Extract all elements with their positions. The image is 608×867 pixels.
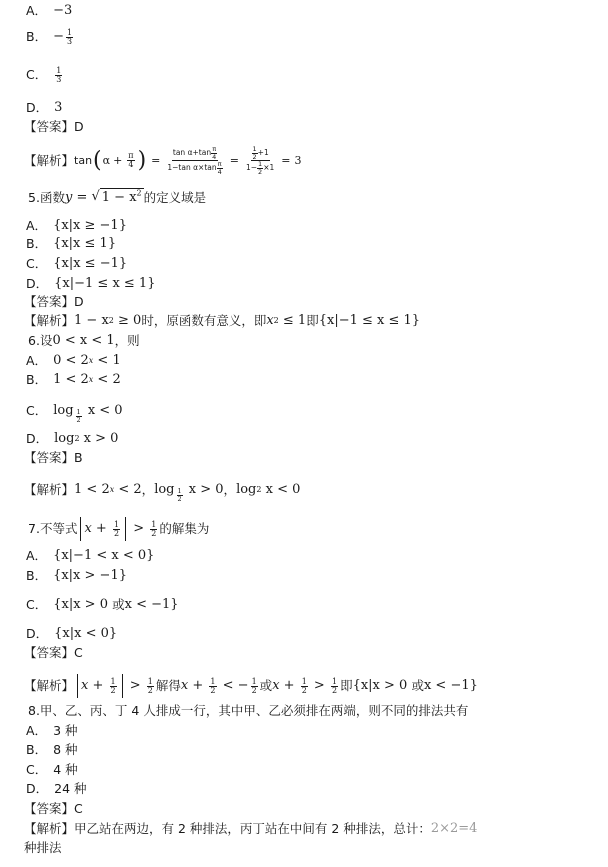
answer-tag: 【答案】 [24, 118, 74, 136]
q6-analysis: 【解析】 1 < 2x < 2 ， log12 x > 0 ， log2 x <… [24, 478, 300, 502]
q7-option-d: D． {x|x < 0} [26, 625, 117, 643]
q5-option-a: A． {x|x ≥ −1} [26, 217, 127, 235]
q7-answer: 【答案】 C [24, 644, 83, 662]
q8-answer: 【答案】 C [24, 800, 83, 818]
q6-answer: 【答案】 B [24, 449, 83, 467]
q4-option-b: B． − 13 [26, 28, 75, 46]
q8-option-d: D． 24 种 [26, 780, 87, 798]
option-value: −3 [53, 2, 72, 20]
q5-stem: 5. 函数 y = √1 − x2 的定义域是 [28, 188, 206, 207]
q8-analysis-continued: 种排法 [24, 839, 62, 857]
analysis-tag: 【解析】 [24, 152, 74, 170]
q5-analysis: 【解析】 1 − x2 ≥ 0 时，原函数有意义，即 x2 ≤ 1 即 {x|−… [24, 312, 420, 330]
q4-answer: 【答案】 D [24, 118, 84, 136]
answer-value: D [74, 118, 84, 136]
q7-option-c: C． {x|x > 0 或 x < −1} [26, 596, 179, 614]
q4-option-d: D． 3 [26, 99, 62, 117]
option-label: B． [26, 28, 47, 46]
q8-analysis: 【解析】 甲乙站在两边，有 2 种排法，丙丁站在中间有 2 种排法，总计： 2×… [24, 820, 477, 838]
q5-answer: 【答案】 D [24, 293, 84, 311]
option-label: A． [26, 2, 47, 20]
fraction: 13 [55, 67, 62, 84]
q7-option-b: B． {x|x > −1} [26, 567, 127, 585]
q4-analysis: 【解析】 tan ( α + π4 ) = tan α+tanπ4 1−tan … [24, 146, 301, 175]
q6-stem: 6. 设 0 < x < 1 ，则 [28, 332, 140, 350]
fraction: 12+1 1−12×1 [245, 146, 275, 175]
q4-option-a: A． −3 [26, 2, 72, 20]
q4-option-c: C． 13 [26, 66, 64, 84]
q7-option-a: A． {x|−1 < x < 0} [26, 547, 154, 565]
q8-option-b: B． 8 种 [26, 741, 78, 759]
q6-option-d: D． log2 x > 0 [26, 430, 118, 448]
fraction: tan α+tanπ4 1−tan α×tanπ4 [166, 146, 223, 175]
q5-option-b: B． {x|x ≤ 1} [26, 235, 116, 253]
q6-option-a: A． 0 < 2x < 1 [26, 352, 121, 370]
option-value: 3 [54, 99, 62, 117]
q8-option-a: A． 3 种 [26, 722, 78, 740]
q8-option-c: C． 4 种 [26, 761, 78, 779]
option-label: D． [26, 99, 48, 117]
q8-stem: 8.甲、乙、丙、丁 4 人排成一行，其中甲、乙必须排在两端，则不同的排法共有 [28, 702, 468, 720]
option-label: C． [26, 66, 47, 84]
q6-option-b: B． 1 < 2x < 2 [26, 371, 121, 389]
option-sign: − [53, 28, 64, 46]
q7-stem: 7. 不等式 x + 12 > 12 的解集为 [28, 517, 209, 541]
q6-option-c: C． log12 x < 0 [26, 399, 123, 423]
q5-option-c: C． {x|x ≤ −1} [26, 255, 127, 273]
q5-option-d: D． {x|−1 ≤ x ≤ 1} [26, 275, 155, 293]
fraction: 13 [66, 29, 73, 46]
q7-analysis: 【解析】 x + 12 > 12 解得 x + 12 < − 12 或 x + … [24, 674, 478, 698]
